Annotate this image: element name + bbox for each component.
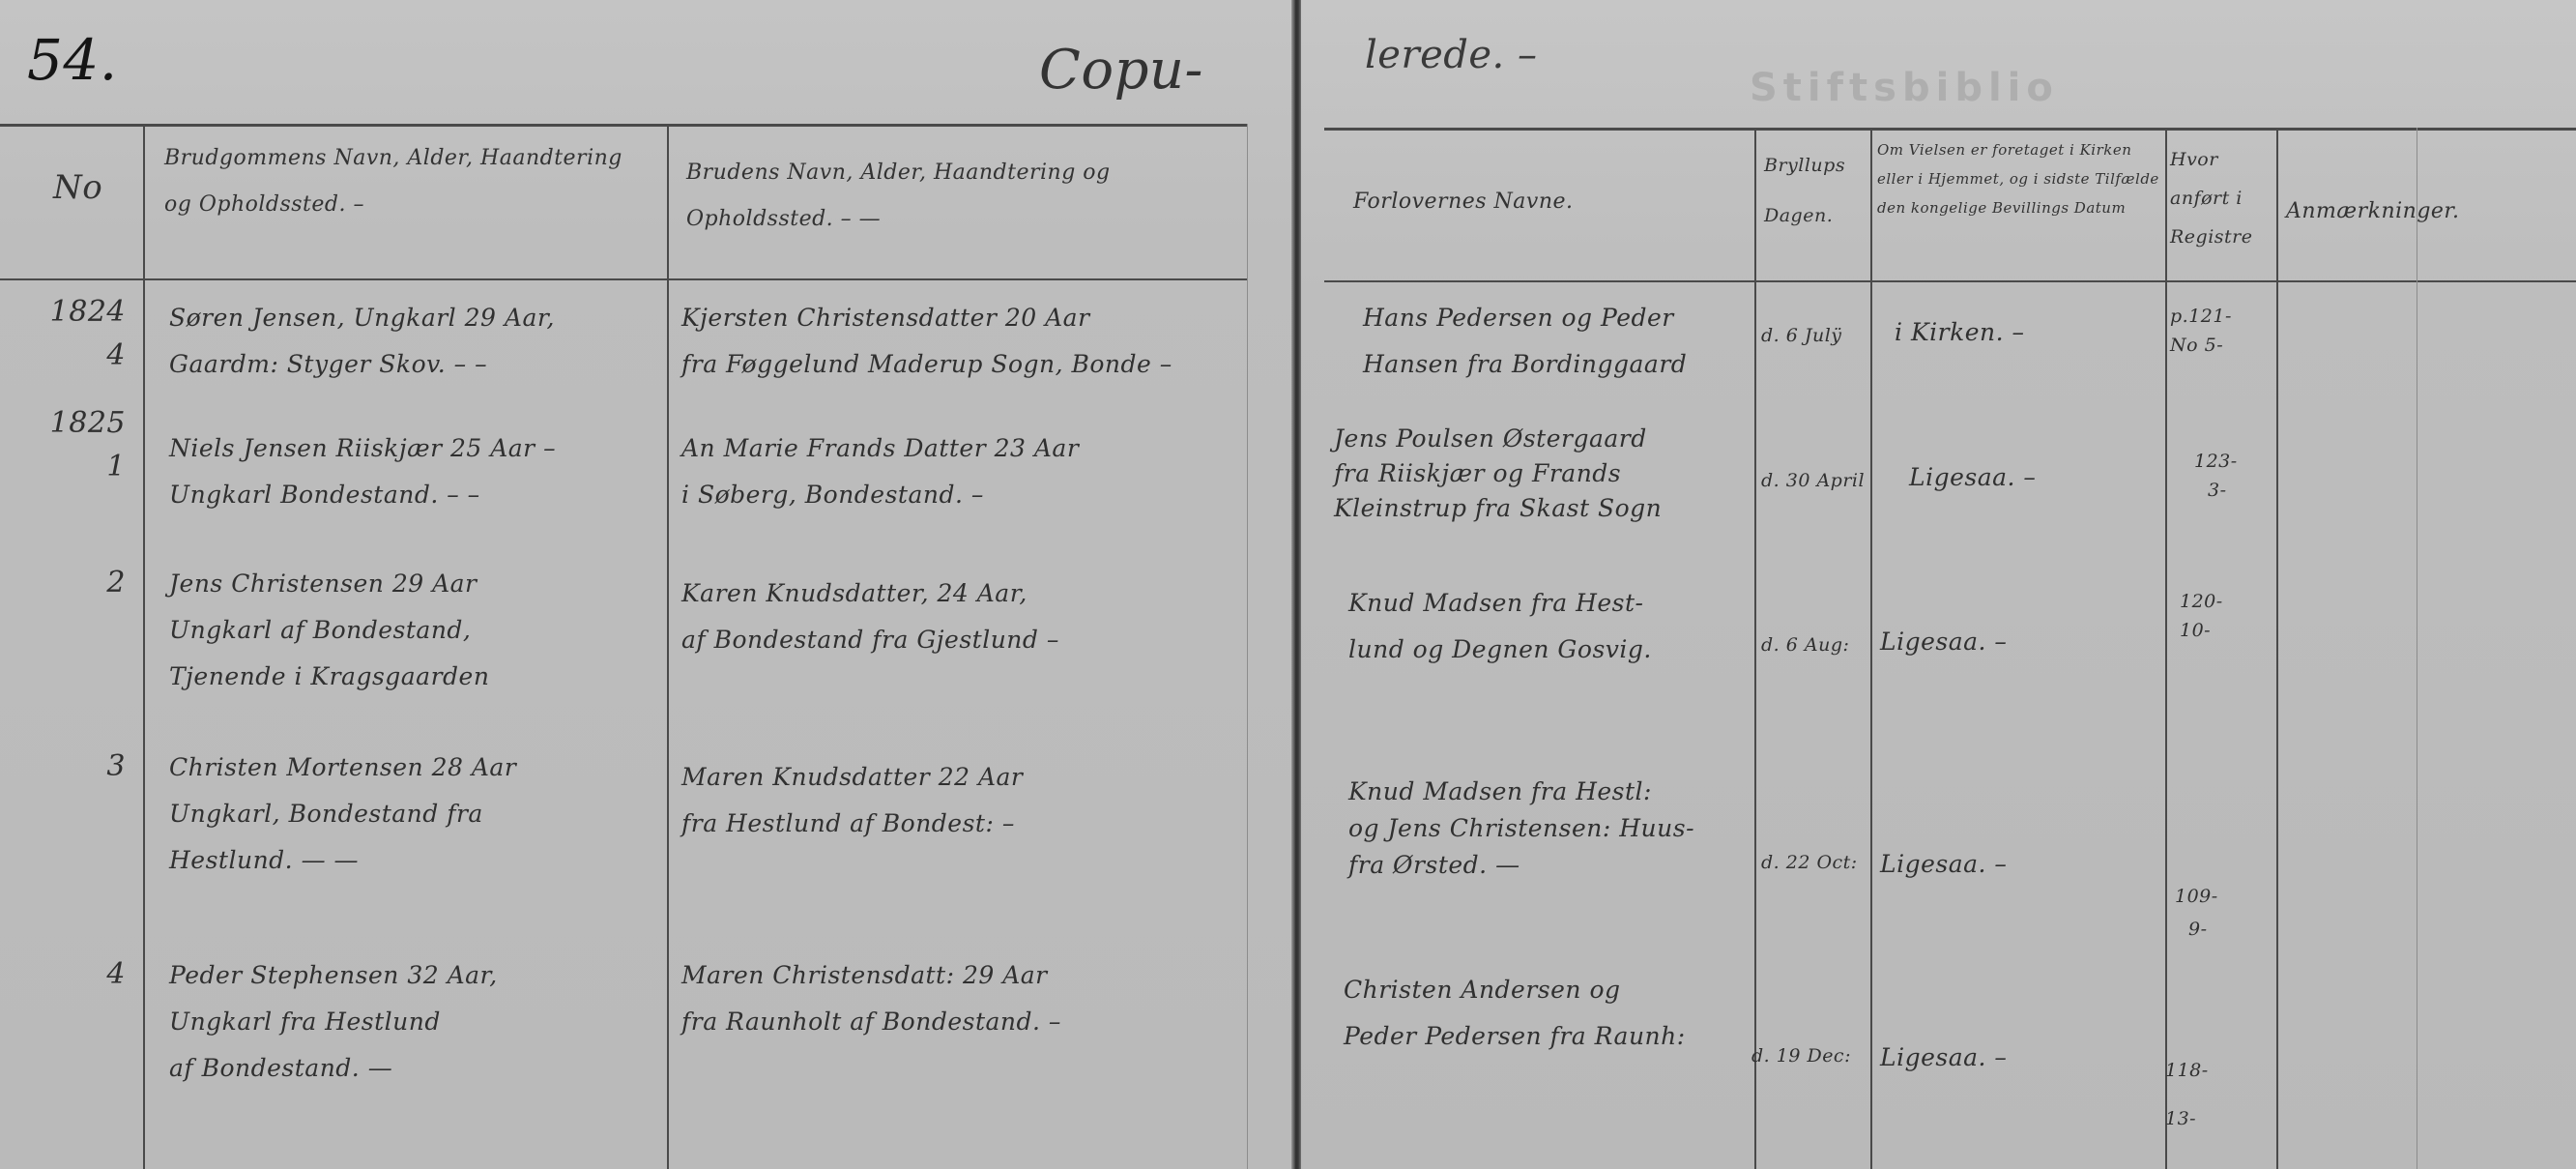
groom-entry: Niels Jensen Riiskjær 25 Aar – Ungkarl B… [169, 425, 556, 518]
witnesses-entry: Jens Poulsen Østergaard fra Riiskjær og … [1334, 416, 1662, 532]
column-divider [2165, 128, 2167, 1169]
left-page: 54. Copu- No Brudgommens Navn, Alder, Ha… [0, 0, 1293, 1169]
header-wedding-date: Bryllups Dagen. [1764, 140, 1866, 241]
announcement-entry: i Kirken. – [1895, 309, 2025, 356]
groom-entry: Peder Stephensen 32 Aar, Ungkarl fra Hes… [169, 952, 498, 1092]
wedding-date-entry: d. 6 Julÿ [1761, 314, 1842, 357]
bride-entry: Kjersten Christensdatter 20 Aar fra Føgg… [681, 295, 1172, 388]
groom-entry: Jens Christensen 29 Aar Ungkarl af Bonde… [169, 561, 489, 700]
header-top-rule [0, 124, 1247, 127]
column-divider [1754, 128, 1756, 1169]
column-divider [1870, 128, 1872, 1169]
page-title-right: lerede. – [1365, 33, 1537, 77]
header-remarks: Anmærkninger. [2286, 189, 2460, 235]
header-register: Hvor anført i Registre [2170, 140, 2272, 256]
groom-entry: Christen Mortensen 28 Aar Ungkarl, Bonde… [169, 745, 516, 884]
header-bride: Brudens Navn, Alder, Haandtering og Opho… [686, 150, 1228, 243]
header-bottom-rule [0, 278, 1247, 280]
bride-entry: An Marie Frands Datter 23 Aar i Søberg, … [681, 425, 1079, 518]
wedding-date-entry: d. 30 April [1761, 459, 1865, 502]
wedding-date-entry: d. 6 Aug: [1761, 624, 1849, 666]
entry-number: 4 [19, 338, 126, 372]
groom-entry: Søren Jensen, Ungkarl 29 Aar, Gaardm: St… [169, 295, 555, 388]
entry-number: 2 [19, 566, 126, 599]
register-entry: p.121- No 5- [2170, 295, 2232, 366]
page-margin-line [2417, 128, 2417, 1169]
entry-year: 1825 [19, 406, 126, 440]
column-divider [667, 124, 669, 1169]
watermark-stamp: Stiftsbiblio [1750, 66, 2059, 110]
announcement-entry: Ligesaa. – [1909, 454, 2036, 501]
announcement-entry: Ligesaa. – [1880, 619, 2007, 665]
announcement-entry: Ligesaa. – [1880, 1035, 2007, 1081]
header-no: No [53, 164, 102, 211]
register-entry: 118- 13- [2165, 1049, 2209, 1140]
header-announcement: Om Vielsen er foretaget i Kirken eller i… [1877, 135, 2159, 222]
entry-year: 1824 [19, 295, 126, 329]
header-witnesses: Forlovernes Navne. [1353, 179, 1740, 225]
column-divider [2276, 128, 2278, 1169]
page-margin-line [1247, 124, 1248, 1169]
header-top-rule [1324, 128, 2576, 131]
header-bottom-rule [1324, 280, 2576, 282]
header-groom: Brudgommens Navn, Alder, Haandtering og … [164, 135, 648, 228]
page-title-left: Copu- [1039, 39, 1203, 102]
register-entry: 109- 9- [2175, 875, 2218, 950]
wedding-date-entry: d. 22 Oct: [1761, 841, 1858, 884]
page-number: 54. [27, 27, 118, 93]
wedding-date-entry: d. 19 Dec: [1751, 1035, 1851, 1077]
bride-entry: Maren Christensdatt: 29 Aar fra Raunholt… [681, 952, 1061, 1045]
column-divider [143, 124, 145, 1169]
register-entry: 120- 10- [2180, 580, 2223, 652]
entry-number: 3 [19, 749, 126, 783]
register-spread: 54. Copu- No Brudgommens Navn, Alder, Ha… [0, 0, 2576, 1169]
witnesses-entry: Christen Andersen og Peder Pedersen fra … [1344, 967, 1686, 1060]
bride-entry: Maren Knudsdatter 22 Aar fra Hestlund af… [681, 754, 1023, 847]
bride-entry: Karen Knudsdatter, 24 Aar, af Bondestand… [681, 570, 1059, 663]
entry-number: 1 [19, 450, 126, 483]
announcement-entry: Ligesaa. – [1880, 841, 2007, 888]
witnesses-entry: Hans Pedersen og Peder Hansen fra Bordin… [1363, 295, 1687, 388]
witnesses-entry: Knud Madsen fra Hest- lund og Degnen Gos… [1348, 580, 1652, 673]
witnesses-entry: Knud Madsen fra Hestl: og Jens Christens… [1348, 769, 1694, 889]
entry-number: 4 [19, 957, 126, 991]
register-entry: 123- 3- [2194, 440, 2238, 511]
